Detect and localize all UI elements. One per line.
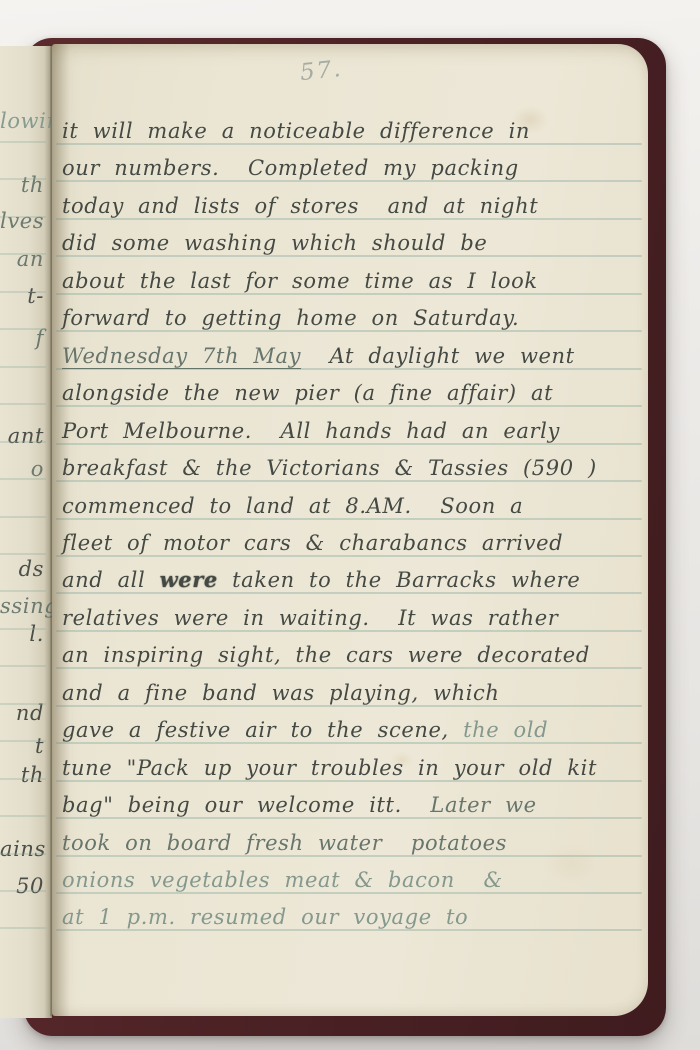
diary-text-segment: and all	[62, 568, 160, 592]
left-page-fragment: ssing	[0, 593, 47, 619]
ruled-line-left	[0, 553, 46, 555]
diary-line: at 1 p.m. resumed our voyage to	[62, 902, 468, 934]
ruled-line-left	[0, 890, 46, 892]
left-page-fragment: 50	[0, 873, 47, 899]
diary-line: onions vegetables meat & bacon &	[62, 865, 503, 897]
ruled-line-left	[0, 441, 46, 443]
ruled-line-left	[0, 178, 46, 180]
diary-line: and all were taken to the Barracks where	[62, 565, 580, 597]
diary-text-segment: about the last for some time as I look	[62, 269, 538, 293]
diary-line: and a fine band was playing, which	[62, 678, 500, 710]
ruled-line-left	[0, 291, 46, 293]
ruled-line-left	[0, 141, 46, 143]
diary-line: fleet of motor cars & charabancs arrived	[62, 528, 563, 560]
left-page-fragment: l.	[0, 621, 47, 647]
diary-line: relatives were in waiting. It was rather	[62, 603, 558, 635]
ruled-line-left	[0, 328, 46, 330]
ruled-line-left	[0, 853, 46, 855]
diary-text-segment: Port Melbourne. All hands had an early	[62, 419, 560, 443]
diary-text-segment: our numbers. Completed my packing	[62, 156, 519, 180]
diary-text-segment: taken to the Barracks where	[218, 568, 581, 592]
diary-text-segment: at 1 p.m. resumed our voyage to	[62, 905, 468, 929]
ruled-line-left	[0, 628, 46, 630]
diary-line: our numbers. Completed my packing	[62, 153, 519, 185]
page-number: 57.	[299, 56, 344, 86]
ruled-line-left	[0, 478, 46, 480]
ruled-line-left	[0, 927, 46, 929]
photo-background: lowingthlvesant-fantodsssingl.ndtthains5…	[0, 0, 700, 1050]
diary-text-segment: alongside the new pier (a fine affair) a…	[62, 381, 553, 405]
diary-line: did some washing which should be	[62, 228, 487, 260]
diary-text-segment: an inspiring sight, the cars were decora…	[62, 643, 590, 667]
left-page-fragment: lowing	[0, 108, 47, 134]
ruled-line-left	[0, 590, 46, 592]
left-page-fragment: ds	[0, 556, 47, 582]
ruled-line-left	[0, 703, 46, 705]
ruled-line-left	[0, 740, 46, 742]
left-page-edge: lowingthlvesant-fantodsssingl.ndtthains5…	[0, 46, 52, 1018]
ruled-line-left	[0, 253, 46, 255]
diary-text-segment: were	[160, 567, 218, 592]
diary-text-segment: commenced to land at 8.AM. Soon a	[62, 494, 523, 518]
diary-line: breakfast & the Victorians & Tassies (59…	[62, 453, 597, 485]
left-page-fragment: th	[0, 172, 47, 198]
diary-text-segment: today and lists of stores and at night	[62, 194, 538, 218]
diary-line: took on board fresh water potatoes	[62, 828, 507, 860]
diary-text-segment: did some washing which should be	[62, 231, 487, 255]
ruled-line-left	[0, 815, 46, 817]
diary-line: Wednesday 7th May At daylight we went	[62, 341, 575, 373]
diary-line: about the last for some time as I look	[62, 266, 538, 298]
diary-line: gave a festive air to the scene, the old	[62, 715, 548, 747]
diary-text-segment: and a fine band was playing, which	[62, 681, 500, 705]
diary-line: commenced to land at 8.AM. Soon a	[62, 491, 523, 523]
diary-text-segment: onions vegetables meat & bacon &	[62, 868, 503, 892]
diary-line: tune "Pack up your troubles in your old …	[62, 753, 597, 785]
diary-text-segment: it will make a noticeable difference in	[62, 119, 530, 143]
ruled-line-left	[0, 778, 46, 780]
diary-text-segment: relatives were in waiting. It was rather	[62, 606, 558, 630]
diary-page: 57. it will make a noticeable difference…	[52, 44, 648, 1016]
ruled-line-left	[0, 516, 46, 518]
ruled-line-left	[0, 403, 46, 405]
left-page-fragment: an	[0, 246, 47, 272]
left-page-fragment: th	[0, 762, 47, 788]
ruled-line-left	[0, 216, 46, 218]
diary-text-segment: Later we	[430, 793, 536, 817]
diary-text-segment: breakfast & the Victorians & Tassies (59…	[62, 456, 597, 480]
diary-text-segment: Wednesday 7th May	[62, 344, 301, 368]
diary-text-segment: gave a festive air to the scene,	[62, 718, 463, 742]
diary-line: it will make a noticeable difference in	[62, 116, 530, 148]
diary-line: bag" being our welcome itt. Later we	[62, 790, 537, 822]
diary-text-segment: fleet of motor cars & charabancs arrived	[62, 531, 563, 555]
diary-text-segment: tune "Pack up your troubles in your old …	[62, 756, 597, 780]
diary-line: Port Melbourne. All hands had an early	[62, 416, 560, 448]
diary-line: today and lists of stores and at night	[62, 191, 538, 223]
diary-text-segment: took on board fresh water potatoes	[62, 831, 507, 855]
diary-text-segment: At daylight we went	[301, 344, 575, 368]
diary-text-segment: forward to getting home on Saturday.	[62, 306, 519, 330]
ruled-line-left	[0, 366, 46, 368]
left-page-fragment: ant	[0, 423, 47, 449]
diary-text-segment: bag" being our welcome itt.	[62, 793, 430, 817]
left-page-fragment: lves	[0, 208, 47, 234]
ruled-line-left	[0, 665, 46, 667]
left-page-fragment: t	[0, 733, 47, 759]
diary-line: alongside the new pier (a fine affair) a…	[62, 378, 553, 410]
diary-text-segment: the old	[463, 718, 548, 742]
left-page-fragment: t-	[0, 283, 47, 309]
diary-line: an inspiring sight, the cars were decora…	[62, 640, 590, 672]
left-page-fragment: ains	[0, 836, 47, 862]
diary-line: forward to getting home on Saturday.	[62, 303, 519, 335]
